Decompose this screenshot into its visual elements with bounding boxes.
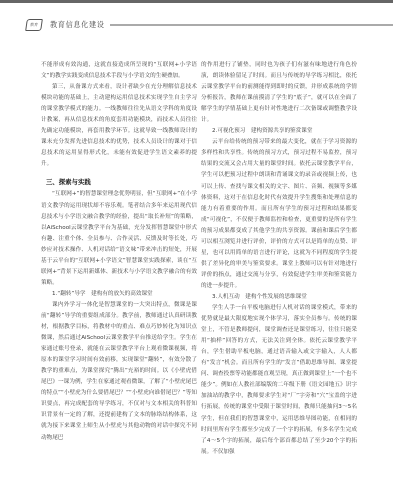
running-title: 教育信息化建设: [50, 20, 105, 30]
right-column: 的作用进行了铺垫，同时也为孩子们有滋有味地进行角色扮演，朗读体验留足了时间。而且…: [201, 60, 357, 458]
top-border: [0, 0, 393, 3]
subsection-heading: 1.“翻转”导学 建构有的放矢的高效课堂: [41, 289, 197, 300]
paragraph: “互联网+”的智慧课堂理念优势明显，但“互联网+”在小学语文教学的运用现状却不容…: [41, 189, 197, 288]
paragraph: 的作用进行了铺垫，同时也为孩子们有滋有味地进行角色扮演，朗读体验留足了时间。而且…: [201, 60, 357, 126]
subsection-heading: 3.人机互动 建构个性发展的思维课堂: [201, 292, 357, 303]
paragraph: 云平台给传统的预习带来的最大变化，就在于学习资源的多样性和共享性。传统的预习方式…: [201, 137, 357, 292]
left-column: 不能形成有效沟通，这就直接造成所呈现的“互联网+小学语文”的教学实践变成信息技术…: [41, 60, 197, 444]
subsection-heading: 2.可视化预习 建构资源共享的鉴赏课堂: [201, 126, 357, 137]
header-rule: [110, 24, 393, 26]
logo-text: 教育: [30, 23, 39, 27]
paragraph: 课内外学习一体化是智慧课堂的一大突出特点，微课是课前“翻转”导学的重要组成部分。…: [41, 300, 197, 444]
running-header: 教育 教育信息化建设: [26, 18, 105, 32]
paragraph: 不能形成有效沟通，这就直接造成所呈现的“互联网+小学语文”的教学实践变成信息技术…: [41, 60, 197, 82]
journal-logo-icon: 教育: [25, 19, 43, 31]
section-heading: 三、探索与实践: [46, 176, 197, 189]
paragraph: 学生人手一台平板电脑进行人机对话的课堂模式，带来的优势就是最大限度地实现个体学习…: [201, 303, 357, 458]
paragraph: 第三，从备课方式来看，设计者缺少在充分理解信息技术模块功能的基础上，主动建构运用…: [41, 82, 197, 170]
